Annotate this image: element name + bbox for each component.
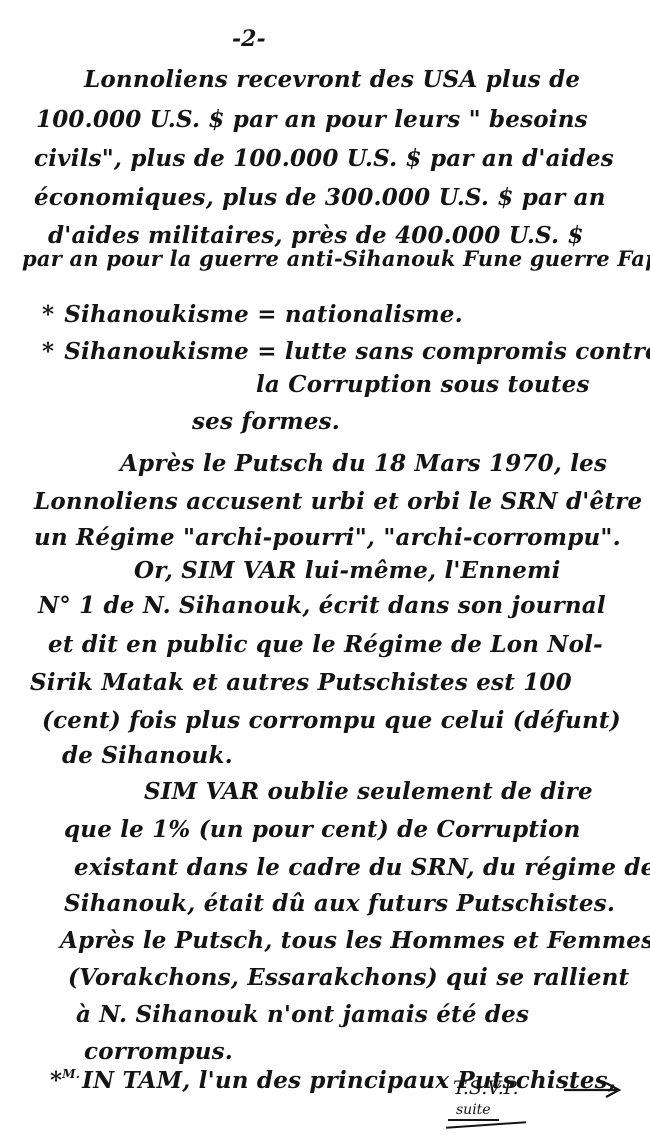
text-line: ses formes. [192, 410, 340, 433]
text-line: un Régime "archi-pourri", "archi-corromp… [34, 526, 621, 549]
text-line: SIM VAR oublie seulement de dire [144, 780, 593, 803]
text-line: de Sihanouk. [62, 744, 233, 767]
text-line: et dit en public que le Régime de Lon No… [48, 633, 603, 656]
text-line: (Vorakchons, Essarakchons) qui se rallie… [68, 966, 629, 989]
page-number: -2- [232, 26, 266, 52]
text-line: Lonnoliens recevront des USA plus de [84, 68, 580, 91]
bullet-item: *Sihanoukisme = lutte sans compromis con… [42, 340, 650, 363]
text-line: économiques, plus de 300.000 U.S. $ par … [34, 186, 606, 209]
text-line: N° 1 de N. Sihanouk, écrit dans son jour… [38, 594, 606, 617]
bullet-text: Sihanoukisme = lutte sans compromis cont… [64, 338, 650, 365]
text-line: Après le Putsch, tous les Hommes et Femm… [60, 929, 650, 952]
text-line: Sirik Matak et autres Putschistes est 10… [30, 671, 572, 694]
text-line: corrompus. [84, 1040, 233, 1063]
right-arrow-icon [562, 1080, 622, 1100]
text-line: Or, SIM VAR lui-même, l'Ennemi [134, 559, 561, 582]
text-line: la Corruption sous toutes [256, 373, 590, 396]
text-line: par an pour la guerre anti-Sihanouk Fune… [22, 248, 650, 269]
underline-stroke [446, 1121, 526, 1129]
text-line: Lonnoliens accusent urbi et orbi le SRN … [34, 490, 642, 513]
handwritten-page: -2- Lonnoliens recevront des USA plus de… [0, 0, 650, 1144]
superscript: M. [62, 1067, 80, 1081]
bullet-text: IN TAM, l'un des principaux Putschistes, [82, 1067, 616, 1094]
suite-label: suite [448, 1102, 499, 1121]
text-line: à N. Sihanouk n'ont jamais été des [76, 1003, 529, 1026]
bullet-item: *M.IN TAM, l'un des principaux Putschist… [50, 1068, 616, 1092]
text-line: 100.000 U.S. $ par an pour leurs " besoi… [36, 108, 588, 131]
bullet-text: Sihanoukisme = nationalisme. [64, 301, 463, 328]
asterisk-icon: * [42, 301, 54, 328]
asterisk-icon: * [42, 338, 54, 365]
text-line: civils", plus de 100.000 U.S. $ par an d… [34, 147, 614, 170]
text-line: (cent) fois plus corrompu que celui (déf… [42, 709, 621, 732]
text-line: d'aides militaires, près de 400.000 U.S.… [48, 224, 584, 247]
asterisk-icon: * [50, 1067, 62, 1094]
bullet-item: *Sihanoukisme = nationalisme. [42, 303, 463, 326]
text-line: que le 1% (un pour cent) de Corruption [64, 818, 581, 841]
text-line: Sihanouk, était dû aux futurs Putschiste… [64, 892, 615, 915]
text-line: existant dans le cadre du SRN, du régime… [74, 856, 650, 879]
text-line: Après le Putsch du 18 Mars 1970, les [120, 452, 607, 475]
tsvp-label: T.S.V.P. [453, 1077, 519, 1099]
